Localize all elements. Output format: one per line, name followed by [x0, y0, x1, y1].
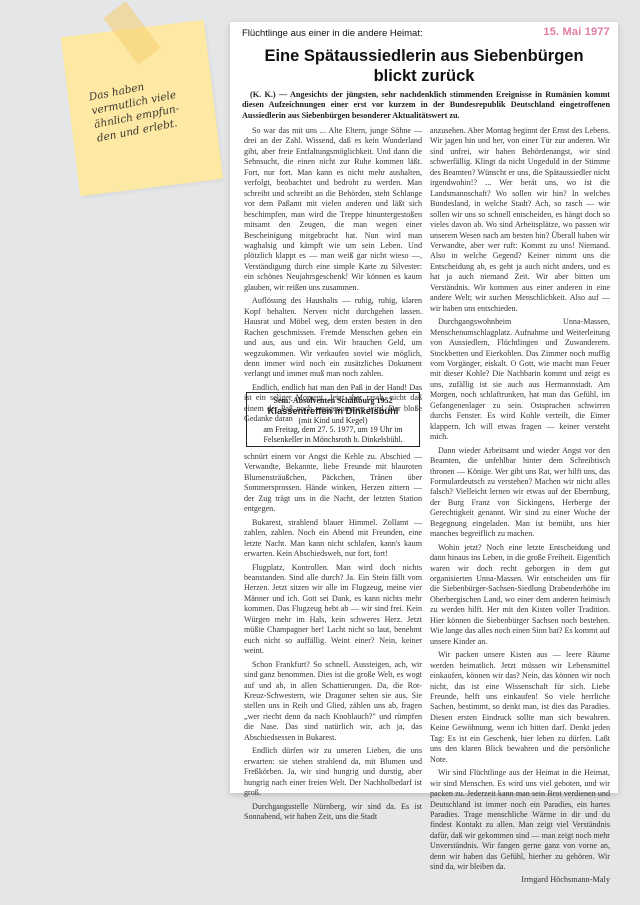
left-column-top: So war das mit uns ... Alte Eltern, jung…	[244, 126, 422, 425]
notice-details: am Freitag, dem 27. 5. 1977, um 19 Uhr i…	[247, 425, 419, 445]
paragraph: Auflösung des Haushalts — ruhig, ruhig, …	[244, 296, 422, 380]
left-column-bottom: schnürt einem vor Angst die Kehle zu. Ab…	[244, 452, 422, 822]
paragraph: Wir packen unsere Kisten aus — leere Räu…	[430, 650, 610, 765]
kicker-line: Flüchtlinge aus einer in die andere Heim…	[242, 28, 423, 39]
paragraph: Bukarest, strahlend blauer Himmel. Zolla…	[244, 518, 422, 560]
paragraph: Endlich dürfen wir zu unseren Lieben, di…	[244, 746, 422, 798]
paragraph: So war das mit uns ... Alte Eltern, jung…	[244, 126, 422, 293]
sticky-note-handwriting: Das haben vermutlich viele ähnlich empfu…	[88, 68, 215, 145]
paragraph: Flugplatz, Kontrollen. Man wird doch nic…	[244, 563, 422, 657]
headline: Eine Spätaussiedlerin aus Siebenbürgen b…	[230, 46, 618, 86]
event-notice-box: Sem.-Absolventen Schäßburg 1952 Klassent…	[246, 392, 420, 447]
paragraph: Schon Frankfurt? So schnell. Aussteigen,…	[244, 660, 422, 744]
author-byline: Irmgard Höchsmann-Maly	[430, 875, 610, 885]
paragraph: Dann wieder Arbeitsamt und wieder Angst …	[430, 446, 610, 540]
headline-line-1: Eine Spätaussiedlerin aus Siebenbürgen	[230, 46, 618, 66]
paragraph: anzusehen. Aber Montag beginnt der Ernst…	[430, 126, 610, 314]
newspaper-clipping: Flüchtlinge aus einer in die andere Heim…	[230, 22, 618, 793]
paragraph: schnürt einem vor Angst die Kehle zu. Ab…	[244, 452, 422, 515]
notice-title: Klassentreffen in Dinkelsbühl	[247, 406, 419, 416]
headline-line-2: blickt zurück	[230, 66, 618, 86]
paragraph: Durchgangsstelle Nürnberg, wir sind da. …	[244, 802, 422, 823]
paragraph: Durchgangswohnheim Unna-Massen, Menschen…	[430, 317, 610, 442]
notice-subtitle: (mit Kind und Kegel)	[247, 416, 419, 425]
notice-group: Sem.-Absolventen Schäßburg 1952	[247, 396, 419, 405]
lede-paragraph: (K. K.) — Angesichts der jüngsten, sehr …	[242, 90, 610, 121]
publication-date: 15. Mai 1977	[543, 26, 610, 38]
paragraph: Wohin jetzt? Noch eine letzte Entscheidu…	[430, 543, 610, 648]
paragraph: Wir sind Flüchtlinge aus der Heimat in d…	[430, 768, 610, 873]
right-column: anzusehen. Aber Montag beginnt der Ernst…	[430, 126, 610, 885]
